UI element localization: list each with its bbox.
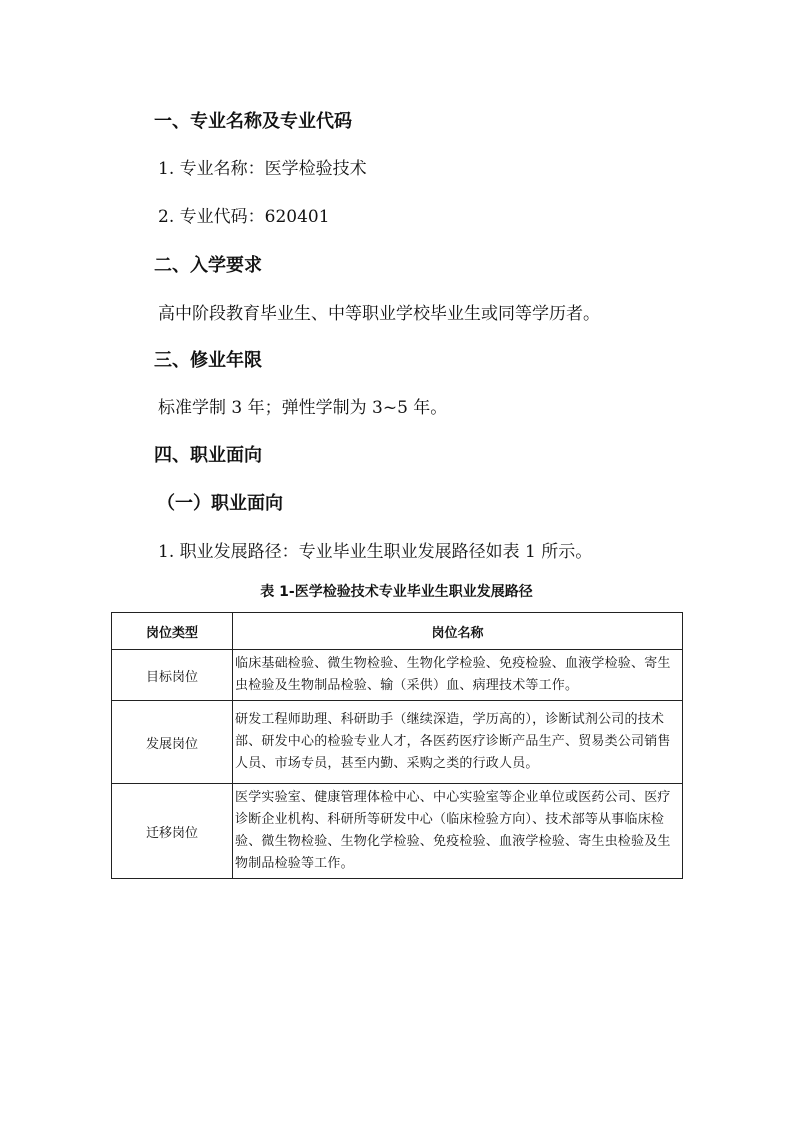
career-path-intro: 1. 职业发展路径：专业毕业生职业发展路径如表 1 所示。 <box>158 541 592 563</box>
position-names: 临床基础检验、微生物检验、生物化学检验、免疫检验、血液学检验、寄生虫检验及生物制… <box>233 650 683 701</box>
position-names: 医学实验室、健康管理体检中心、中心实验室等企业单位或医药公司、医疗诊断企业机构、… <box>233 784 683 879</box>
major-name: 1. 专业名称：医学检验技术 <box>158 158 367 180</box>
table-row: 发展岗位 研发工程师助理、科研助手（继续深造，学历高的），诊断试剂公司的技术部、… <box>112 701 683 784</box>
table-row: 迁移岗位 医学实验室、健康管理体检中心、中心实验室等企业单位或医药公司、医疗诊断… <box>112 784 683 879</box>
subsection-heading: （一）职业面向 <box>157 493 283 515</box>
admission-requirement: 高中阶段教育毕业生、中等职业学校毕业生或同等学历者。 <box>158 303 600 325</box>
section-heading-1: 一、专业名称及专业代码 <box>154 111 352 133</box>
position-type: 发展岗位 <box>112 701 233 784</box>
major-code: 2. 专业代码：620401 <box>158 206 330 228</box>
header-position-type: 岗位类型 <box>112 613 233 650</box>
table-row: 目标岗位 临床基础检验、微生物检验、生物化学检验、免疫检验、血液学检验、寄生虫检… <box>112 650 683 701</box>
section-heading-4: 四、职业面向 <box>154 445 262 467</box>
section-heading-2: 二、入学要求 <box>154 255 262 277</box>
table-header-row: 岗位类型 岗位名称 <box>112 613 683 650</box>
study-duration: 标准学制 3 年；弹性学制为 3~5 年。 <box>158 397 447 419</box>
header-position-name: 岗位名称 <box>233 613 683 650</box>
career-path-table: 岗位类型 岗位名称 目标岗位 临床基础检验、微生物检验、生物化学检验、免疫检验、… <box>111 612 683 879</box>
table-caption: 表 1-医学检验技术专业毕业生职业发展路径 <box>0 582 793 602</box>
position-type: 目标岗位 <box>112 650 233 701</box>
position-type: 迁移岗位 <box>112 784 233 879</box>
position-names: 研发工程师助理、科研助手（继续深造，学历高的），诊断试剂公司的技术部、研发中心的… <box>233 701 683 784</box>
section-heading-3: 三、修业年限 <box>154 350 262 372</box>
